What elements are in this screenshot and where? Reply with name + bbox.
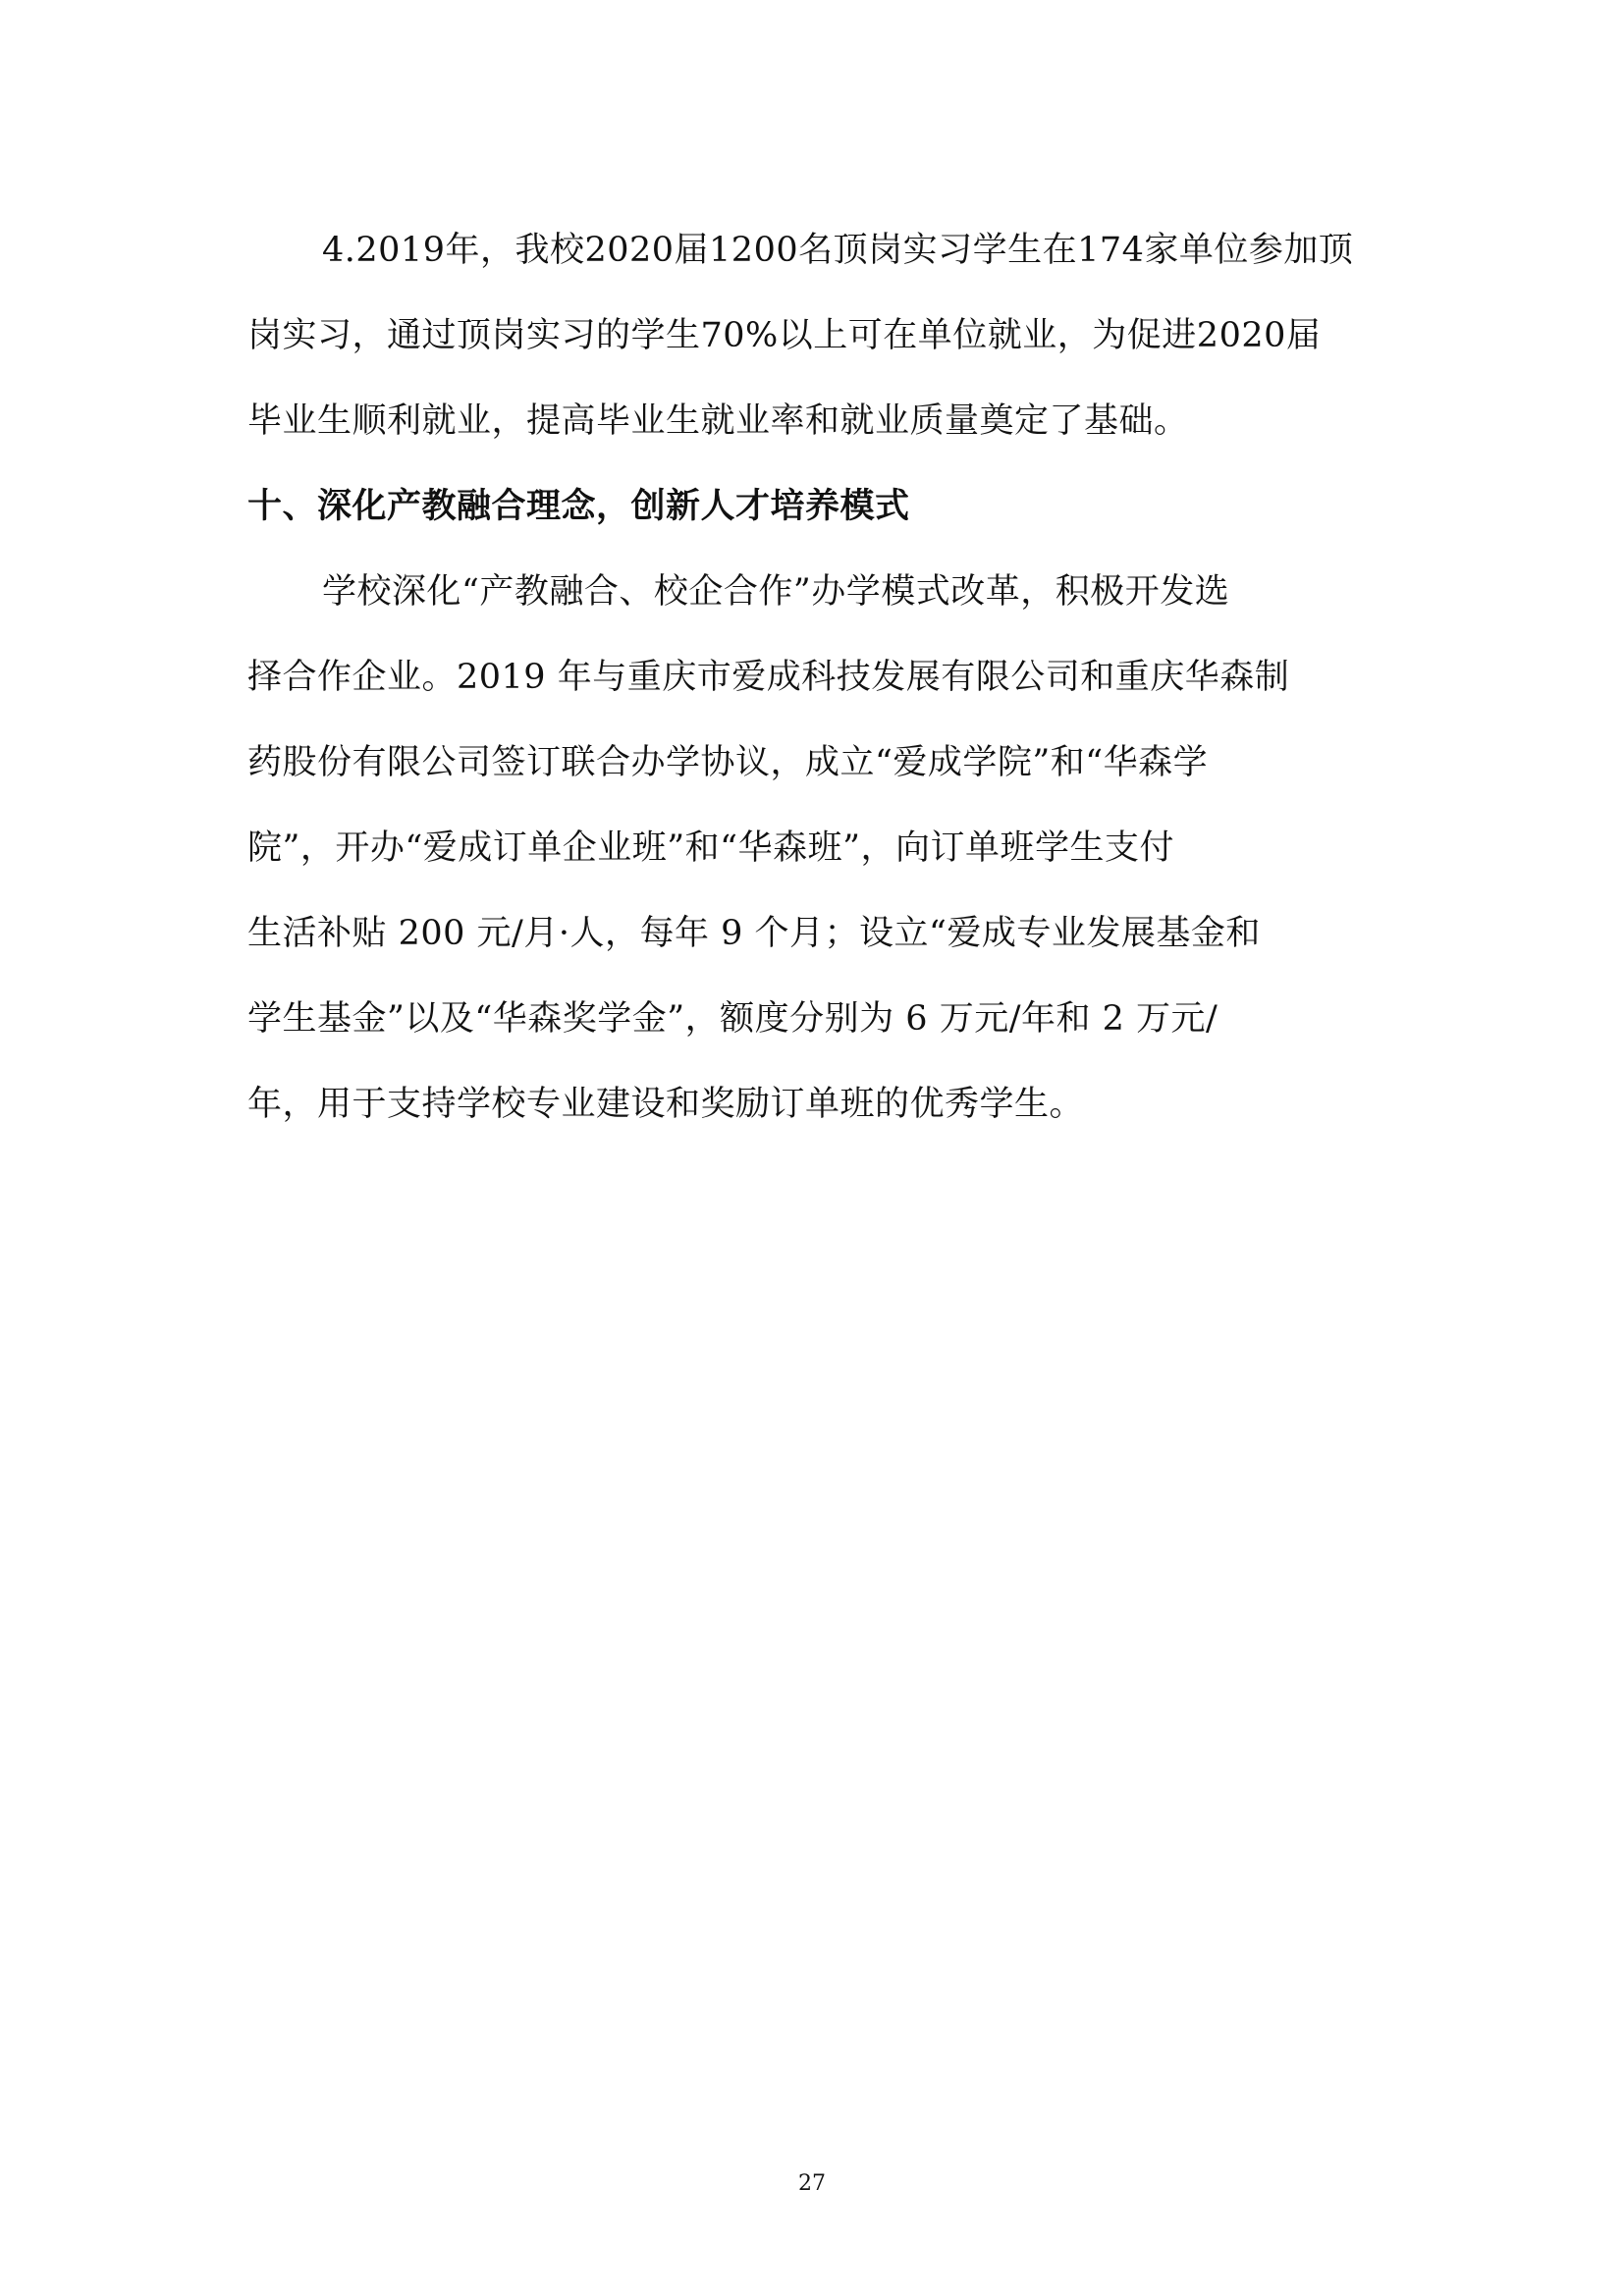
document-page: 4.2019年，我校2020届1200名顶岗实习学生在174家单位参加顶 岗实习… (0, 0, 1624, 2296)
paragraph-line: 岗实习，通过顶岗实习的学生70%以上可在单位就业，为促进2020届 (247, 294, 1382, 379)
paragraph-line: 择合作企业。2019 年与重庆市爱成科技发展有限公司和重庆华森制 (247, 635, 1382, 721)
paragraph-line: 药股份有限公司签订联合办学协议，成立“爱成学院”和“华森学 (247, 721, 1382, 806)
page-number: 27 (0, 2171, 1624, 2196)
paragraph-line: 年，用于支持学校专业建设和奖励订单班的优秀学生。 (247, 1062, 1382, 1148)
page-content: 4.2019年，我校2020届1200名顶岗实习学生在174家单位参加顶 岗实习… (247, 208, 1382, 1148)
paragraph-line: 毕业生顺利就业，提高毕业生就业率和就业质量奠定了基础。 (247, 379, 1382, 464)
paragraph-internship: 4.2019年，我校2020届1200名顶岗实习学生在174家单位参加顶 岗实习… (247, 208, 1382, 464)
paragraph-line: 院”，开办“爱成订单企业班”和“华森班”，向订单班学生支付 (247, 806, 1382, 891)
paragraph-industry-education: 学校深化“产教融合、校企合作”办学模式改革，积极开发选 择合作企业。2019 年… (247, 550, 1382, 1148)
paragraph-line: 生活补贴 200 元/月·人，每年 9 个月；设立“爱成专业发展基金和 (247, 891, 1382, 977)
paragraph-line: 4.2019年，我校2020届1200名顶岗实习学生在174家单位参加顶 (247, 208, 1382, 294)
paragraph-line: 学生基金”以及“华森奖学金”，额度分别为 6 万元/年和 2 万元/ (247, 977, 1382, 1062)
section-heading: 十、深化产教融合理念，创新人才培养模式 (247, 464, 1382, 550)
paragraph-line: 学校深化“产教融合、校企合作”办学模式改革，积极开发选 (247, 550, 1382, 635)
